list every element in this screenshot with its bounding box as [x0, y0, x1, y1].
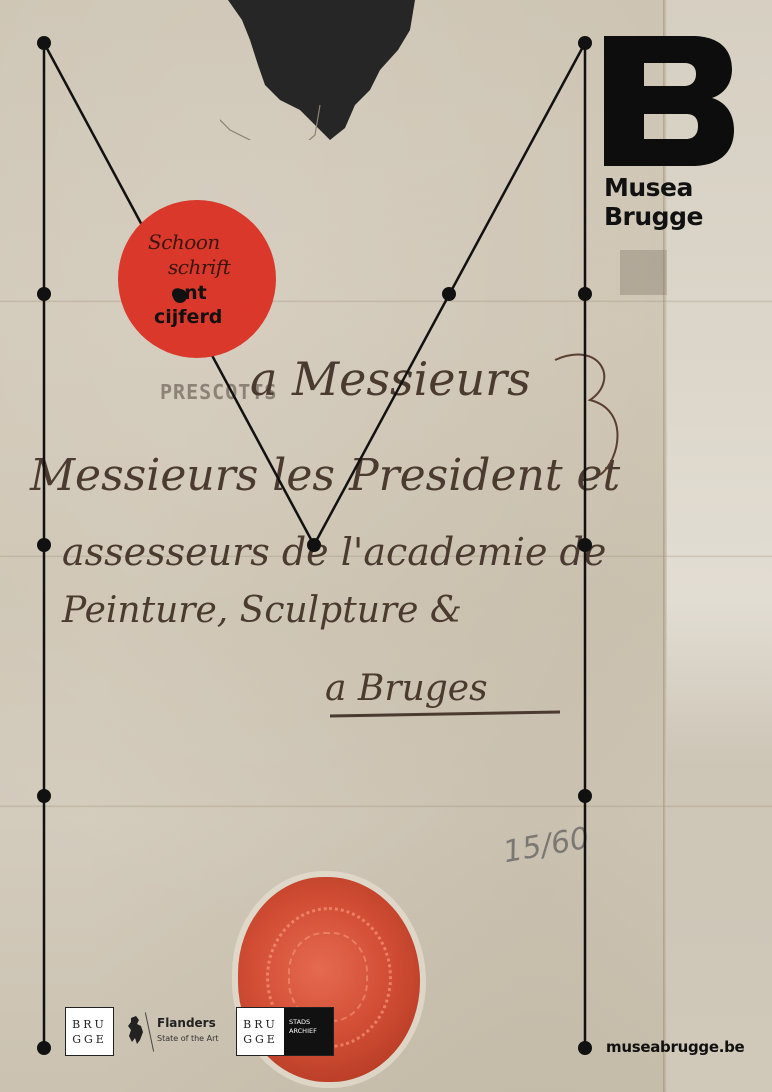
- wordmark-line2: Brugge: [604, 202, 703, 231]
- website-link[interactable]: museabrugge.be: [606, 1038, 744, 1056]
- stadsarchief-label: STADS ARCHIEF: [284, 1008, 333, 1055]
- stads-label-line2: ARCHIEF: [289, 1027, 333, 1036]
- brugge-logo-line2: GGE: [66, 1032, 113, 1047]
- badge-ont-text: ont: [171, 282, 207, 304]
- musea-brugge-b-logo: [604, 36, 734, 166]
- stads-label-line1: STADS: [289, 1018, 333, 1027]
- stads-brugge-line1: BRU: [237, 1017, 284, 1032]
- flanders-name: Flanders: [157, 1016, 216, 1030]
- poster: PRESCOTTS a Messieurs Messieurs les Pres…: [0, 0, 772, 1092]
- badge-script-line1: Schoon: [148, 230, 220, 254]
- brugge-city-logo: BRU GGE: [65, 1007, 114, 1056]
- flanders-lion-icon: [127, 1016, 145, 1044]
- flanders-tagline: State of the Art: [157, 1034, 219, 1043]
- exhibition-title-badge: Schoon schrift oont cijferd: [118, 200, 276, 358]
- badge-bold-line2: cijferd: [154, 306, 222, 328]
- badge-script-line2: schrift: [168, 255, 230, 279]
- stadsarchief-logo: BRU GGE STADS ARCHIEF: [236, 1007, 334, 1056]
- stadsarchief-brugge-mark: BRU GGE: [237, 1008, 284, 1055]
- stads-brugge-line2: GGE: [237, 1032, 284, 1047]
- badge-bold-line1: oont: [172, 282, 207, 304]
- musea-brugge-wordmark: Musea Brugge: [604, 173, 703, 231]
- wordmark-line1: Musea: [604, 173, 703, 202]
- brugge-logo-line1: BRU: [66, 1017, 113, 1032]
